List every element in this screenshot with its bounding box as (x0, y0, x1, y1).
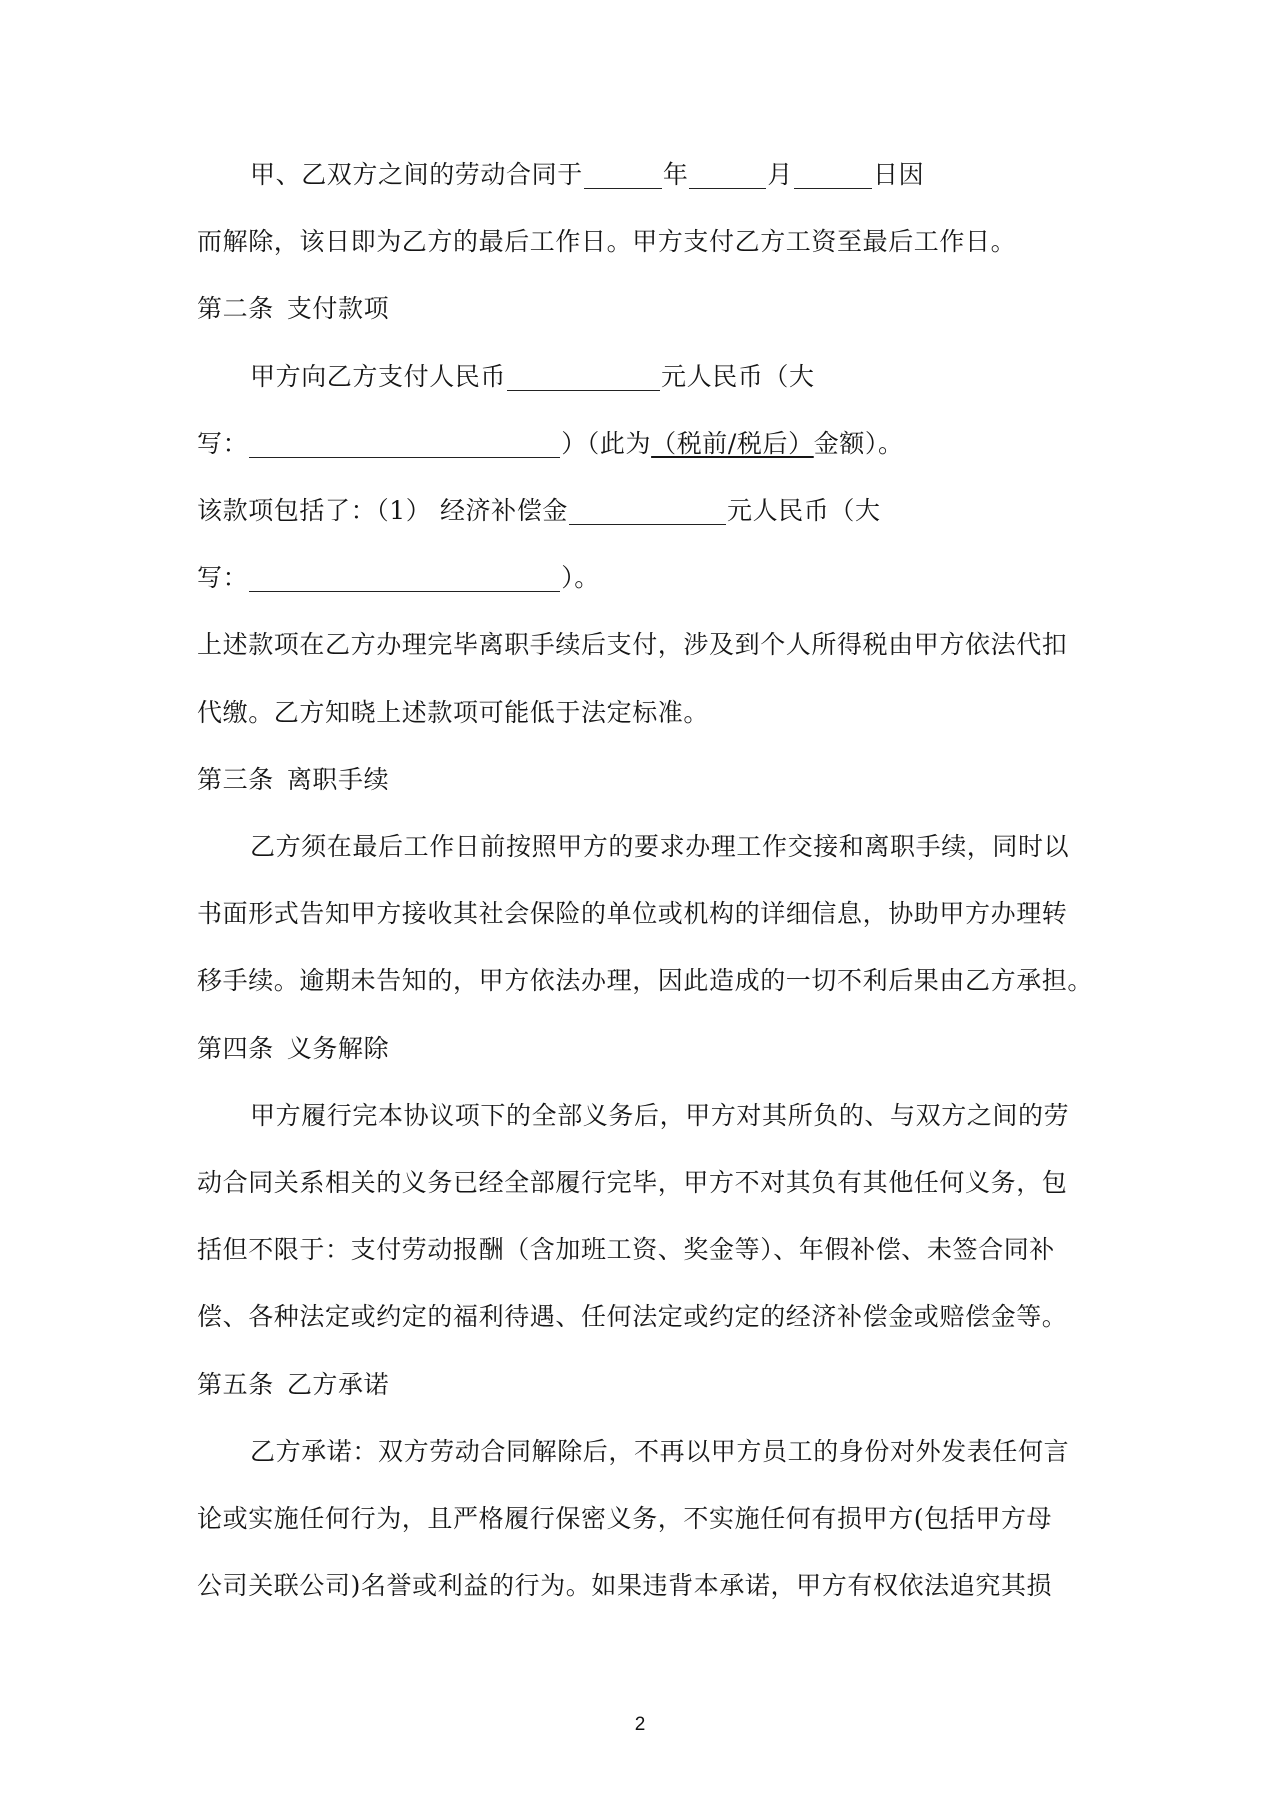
paragraph-line: 乙方须在最后工作日前按照甲方的要求办理工作交接和离职手续，同时以 (250, 832, 1069, 862)
fill-in-blank[interactable] (569, 496, 726, 525)
paragraph-text: 写： (197, 563, 248, 593)
section-heading: 第四条义务解除 (197, 1034, 389, 1064)
paragraph-text: 金额）。 (814, 429, 904, 459)
paragraph-line: 书面形式告知甲方接收其社会保险的单位或机构的详细信息，协助甲方办理转 (197, 899, 1067, 929)
page-number: 2 (0, 1714, 1280, 1736)
section-number: 第四条 (197, 1034, 274, 1064)
paragraph-text: 年 (663, 160, 689, 190)
section-title: 离职手续 (287, 765, 389, 795)
paragraph-text: 论或实施任何行为，且严格履行保密义务，不实施任何有损甲方(包括甲方母 (197, 1504, 1052, 1534)
paragraph-text: 动合同关系相关的义务已经全部履行完毕，甲方不对其负有其他任何义务，包 (197, 1168, 1067, 1198)
fill-in-blank[interactable] (584, 160, 662, 189)
paragraph-text: 偿、各种法定或约定的福利待遇、任何法定或约定的经济补偿金或赔偿金等。 (197, 1302, 1067, 1332)
fill-in-blank[interactable] (507, 362, 660, 391)
section-number: 第五条 (197, 1370, 274, 1400)
paragraph-text: 甲方履行完本协议项下的全部义务后，甲方对其所负的、与双方之间的劳 (250, 1101, 1069, 1131)
paragraph-line: 括但不限于：支付劳动报酬（含加班工资、奖金等）、年假补偿、未签合同补 (197, 1235, 1055, 1265)
fill-in-blank[interactable] (249, 563, 560, 592)
paragraph-line: 该款项包括了：（1） 经济补偿金元人民币（大 (197, 496, 881, 526)
section-title: 支付款项 (287, 294, 389, 324)
paragraph-text: 公司关联公司)名誉或利益的行为。如果违背本承诺，甲方有权依法追究其损 (197, 1571, 1052, 1601)
paragraph-text: 乙方须在最后工作日前按照甲方的要求办理工作交接和离职手续，同时以 (250, 832, 1069, 862)
document-page: 甲、乙双方之间的劳动合同于年月日因而解除，该日即为乙方的最后工作日。甲方支付乙方… (0, 0, 1280, 1813)
section-number: 第二条 (197, 294, 274, 324)
paragraph-text: 书面形式告知甲方接收其社会保险的单位或机构的详细信息，协助甲方办理转 (197, 899, 1067, 929)
paragraph-text: 上述款项在乙方办理完毕离职手续后支付，涉及到个人所得税由甲方依法代扣 (197, 630, 1067, 660)
paragraph-text: ）（此为 (561, 429, 651, 459)
paragraph-line: 写：）。 (197, 563, 600, 593)
section-heading: 第三条离职手续 (197, 765, 389, 795)
paragraph-line: 公司关联公司)名誉或利益的行为。如果违背本承诺，甲方有权依法追究其损 (197, 1571, 1052, 1601)
paragraph-line: 论或实施任何行为，且严格履行保密义务，不实施任何有损甲方(包括甲方母 (197, 1504, 1052, 1534)
paragraph-line: 上述款项在乙方办理完毕离职手续后支付，涉及到个人所得税由甲方依法代扣 (197, 630, 1067, 660)
paragraph-text: 元人民币（大 (727, 496, 881, 526)
paragraph-line: 乙方承诺：双方劳动合同解除后，不再以甲方员工的身份对外发表任何言 (250, 1437, 1069, 1467)
fill-in-blank[interactable] (794, 160, 872, 189)
section-title: 乙方承诺 (287, 1370, 389, 1400)
paragraph-text: 移手续。逾期未告知的，甲方依法办理，因此造成的一切不利后果由乙方承担。 (197, 966, 1093, 996)
section-title: 义务解除 (287, 1034, 389, 1064)
paragraph-text: 写： (197, 429, 248, 459)
paragraph-line: 甲方履行完本协议项下的全部义务后，甲方对其所负的、与双方之间的劳 (250, 1101, 1069, 1131)
paragraph-line: 而解除，该日即为乙方的最后工作日。甲方支付乙方工资至最后工作日。 (197, 227, 1016, 257)
paragraph-text: 元人民币（大 (661, 362, 815, 392)
paragraph-text: 括但不限于：支付劳动报酬（含加班工资、奖金等）、年假补偿、未签合同补 (197, 1235, 1055, 1265)
section-heading: 第二条支付款项 (197, 294, 389, 324)
section-heading: 第五条乙方承诺 (197, 1370, 389, 1400)
paragraph-line: 动合同关系相关的义务已经全部履行完毕，甲方不对其负有其他任何义务，包 (197, 1168, 1067, 1198)
paragraph-line: 写：）（此为（税前/税后）金额）。 (197, 429, 904, 459)
paragraph-text: 月 (767, 160, 793, 190)
paragraph-text: ）。 (561, 563, 600, 593)
paragraph-text: 乙方承诺：双方劳动合同解除后，不再以甲方员工的身份对外发表任何言 (250, 1437, 1069, 1467)
paragraph-text: 该款项包括了：（1） 经济补偿金 (197, 496, 568, 526)
fill-in-blank[interactable] (689, 160, 766, 189)
paragraph-line: 甲、乙双方之间的劳动合同于年月日因 (250, 160, 924, 190)
paragraph-line: 偿、各种法定或约定的福利待遇、任何法定或约定的经济补偿金或赔偿金等。 (197, 1302, 1067, 1332)
paragraph-line: 甲方向乙方支付人民币元人民币（大 (250, 362, 815, 392)
paragraph-text: 代缴。乙方知晓上述款项可能低于法定标准。 (197, 698, 709, 728)
section-number: 第三条 (197, 765, 274, 795)
paragraph-text: 甲方向乙方支付人民币 (250, 362, 506, 392)
underlined-option-text: （税前/税后） (651, 429, 814, 459)
fill-in-blank[interactable] (249, 429, 560, 458)
paragraph-text: 而解除，该日即为乙方的最后工作日。甲方支付乙方工资至最后工作日。 (197, 227, 1016, 257)
paragraph-text: 甲、乙双方之间的劳动合同于 (250, 160, 583, 190)
paragraph-line: 代缴。乙方知晓上述款项可能低于法定标准。 (197, 698, 709, 728)
paragraph-text: 日因 (873, 160, 924, 190)
paragraph-line: 移手续。逾期未告知的，甲方依法办理，因此造成的一切不利后果由乙方承担。 (197, 966, 1093, 996)
